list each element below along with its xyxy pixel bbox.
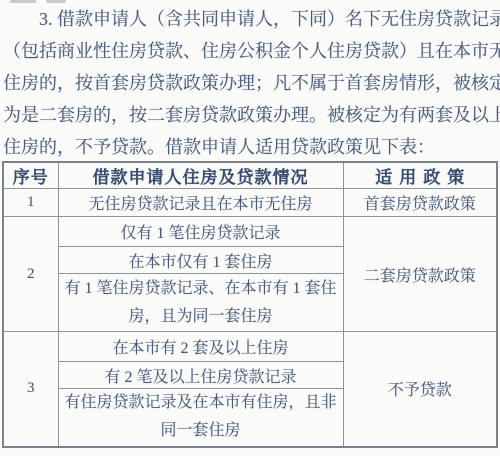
index-cell: 3 bbox=[3, 332, 58, 447]
col-header-situation: 借款申请人住房及贷款情况 bbox=[58, 162, 343, 189]
situation-cell: 无住房贷款记录且在本市无住房 bbox=[58, 189, 343, 217]
intro-line: （包括商业性住房贷款、住房公积金个人住房贷款）且在本市无 bbox=[3, 35, 495, 67]
scanned-document-page: 3. 借款申请人（含共同申请人，下同）名下无住房贷款记录 （包括商业性住房贷款、… bbox=[0, 0, 500, 456]
policy-cell: 首套房贷款政策 bbox=[343, 189, 497, 217]
index-cell: 2 bbox=[3, 217, 58, 332]
col-header-index: 序号 bbox=[3, 162, 58, 189]
policy-cell: 二套房贷款政策 bbox=[343, 217, 497, 332]
situation-cell: 在本市有 2 套及以上住房 bbox=[58, 332, 343, 362]
col-header-policy: 适用政策 bbox=[343, 162, 497, 189]
intro-line: 住房的，按首套房贷款政策办理；凡不属于首套房情形，被核定 bbox=[3, 67, 495, 99]
situation-cell: 在本市仅有 1 套住房 bbox=[58, 247, 343, 274]
table-row: 3 在本市有 2 套及以上住房 不予贷款 bbox=[3, 332, 497, 362]
intro-line: 3. 借款申请人（含共同申请人，下同）名下无住房贷款记录 bbox=[3, 3, 495, 35]
table-row: 1 无住房贷款记录且在本市无住房 首套房贷款政策 bbox=[3, 189, 497, 217]
loan-policy-table: 序号 借款申请人住房及贷款情况 适用政策 1 无住房贷款记录且在本市无住房 首套… bbox=[2, 161, 498, 448]
index-cell: 1 bbox=[3, 189, 58, 217]
intro-line: 住房的，不予贷款。借款申请人适用贷款政策见下表： bbox=[3, 131, 495, 163]
table-row: 2 仅有 1 笔住房贷款记录 二套房贷款政策 bbox=[3, 217, 497, 247]
policy-cell: 不予贷款 bbox=[343, 332, 497, 447]
intro-line: 为是二套房的，按二套房贷款政策办理。被核定为有两套及以上 bbox=[3, 99, 495, 131]
situation-cell: 有 2 笔及以上住房贷款记录 bbox=[58, 362, 343, 389]
intro-paragraph: 3. 借款申请人（含共同申请人，下同）名下无住房贷款记录 （包括商业性住房贷款、… bbox=[3, 3, 495, 163]
situation-cell: 仅有 1 笔住房贷款记录 bbox=[58, 217, 343, 247]
situation-cell: 有 1 笔住房贷款记录、在本市有 1 套住房，且为同一套住房 bbox=[58, 274, 343, 332]
table-header-row: 序号 借款申请人住房及贷款情况 适用政策 bbox=[3, 162, 497, 189]
situation-cell: 有住房贷款记录及在本市有住房，且非同一套住房 bbox=[58, 389, 343, 447]
